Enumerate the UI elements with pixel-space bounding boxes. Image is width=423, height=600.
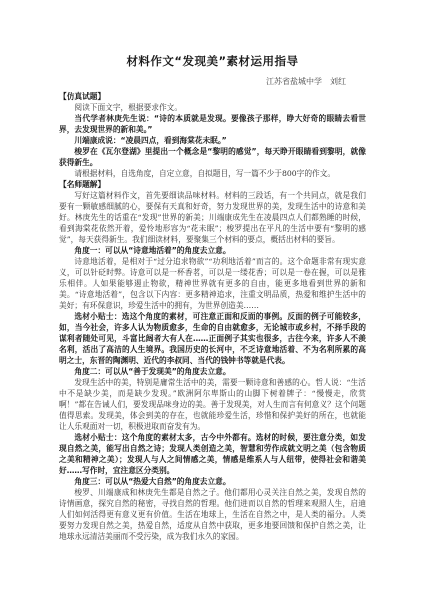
screenshot-canvas: 材料作文“发现美”素材运用指导 江苏省盐城中学 刘红 【仿真试题】阅读下面文字，… <box>0 0 423 600</box>
paragraph: 选材小贴士：这个角度的素材太多，古今中外都有。选材的时候，要注意分类，如发现自然… <box>59 432 366 476</box>
paragraph: 写好这篇材料作文，首先要细读品味材料。材料的三段话，有一个共同点，就是我们要有一… <box>59 190 366 245</box>
paragraph: 选材小贴士：选这个角度的素材，可注意正面和反面的事例。反面的例子可能较多，如，当… <box>59 311 366 366</box>
paragraph: 角度三：可以从“热爱大自然”的角度去立意。 <box>59 476 366 487</box>
paragraph: 梭罗在《瓦尔登湖》里提出一个概念是“黎明的感觉”，每天睁开眼睛看到黎明，就像获得… <box>59 146 366 168</box>
paragraph: 诗意地活着，是相对于“过分追求物欲”“功利地活着”而言的。这个命题非常有现实意义… <box>59 256 366 311</box>
paragraph: 角度二：可以从“善于发现美”的角度去立意。 <box>59 366 366 377</box>
document-body: 【仿真试题】阅读下面文字，根据要求作文。当代学者林庚先生说：“诗的本质就是发现。… <box>59 91 366 542</box>
section-heading: 【名师题解】 <box>59 179 366 190</box>
paragraph: 请根据材料，自选角度，自定立意，自拟题目，写一篇不少于800字的作文。 <box>59 168 366 179</box>
paragraph: 角度一：可以从“诗意地活着”的角度去立意。 <box>59 245 366 256</box>
section-heading: 【仿真试题】 <box>59 91 366 102</box>
paragraph: 当代学者林庚先生说：“诗的本质就是发现。要像孩子那样，睁大好奇的眼睛去看世界，去… <box>59 113 366 135</box>
document-title: 材料作文“发现美”素材运用指导 <box>59 54 366 68</box>
paragraph: 阅读下面文字，根据要求作文。 <box>59 102 366 113</box>
document-page: 材料作文“发现美”素材运用指导 江苏省盐城中学 刘红 【仿真试题】阅读下面文字，… <box>0 0 423 600</box>
paragraph: 梭罗、川端康成和林庚先生都是自然之子。他们都用心灵关注自然之美，发现自然的诗情画… <box>59 487 366 542</box>
paragraph: 川端康成说：“凌晨四点，看到海棠花未眠。” <box>59 135 366 146</box>
document-byline: 江苏省盐城中学 刘红 <box>59 77 366 87</box>
paragraph: 发现生活中的美，特别是庸常生活中的美，需要一颗诗意和善感的心。哲人说：“生活中不… <box>59 377 366 432</box>
